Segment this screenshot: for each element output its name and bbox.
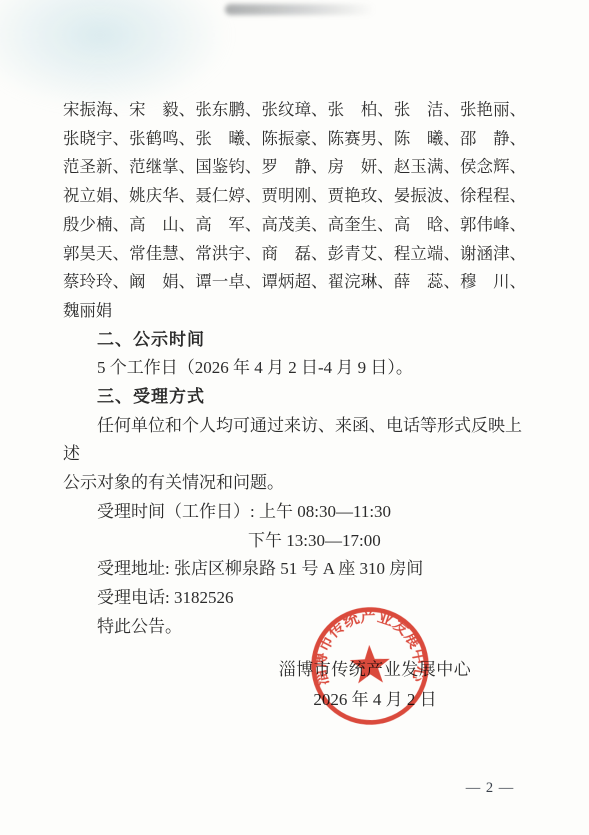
name-list-line: 范圣新、范继掌、国鉴钧、罗 静、房 妍、赵玉满、侯念辉、	[63, 153, 526, 182]
section-heading-acceptance-method: 三、受理方式	[63, 383, 526, 412]
page-number: — 2 —	[430, 780, 550, 797]
name-list-line: 蔡玲玲、阚 娟、谭一卓、谭炳超、翟浣琳、薛 蕊、穆 川、	[63, 268, 526, 297]
document-body: 宋振海、宋 毅、张东鹏、张纹璋、张 柏、张 洁、张艳丽、 张晓宇、张鹤鸣、张 曦…	[63, 96, 526, 641]
signature-organization: 淄博市传统产业发展中心	[225, 656, 525, 684]
acceptance-intro-line1: 任何单位和个人均可通过来访、来函、电话等形式反映上述	[63, 412, 526, 469]
acceptance-time-afternoon: 下午 13:30—17:00	[248, 527, 526, 556]
name-list-line: 张晓宇、张鹤鸣、张 曦、陈振豪、陈赛男、陈 曦、邵 静、	[63, 125, 526, 154]
name-list-line: 郭昊天、常佳慧、常洪宇、商 磊、彭青艾、程立端、谢涵津、	[63, 240, 526, 269]
name-list-line: 祝立娟、姚庆华、聂仁婷、贾明刚、贾艳玫、晏振波、徐程程、	[63, 182, 526, 211]
scan-artifact-smudge	[225, 4, 375, 15]
acceptance-intro-line2: 公示对象的有关情况和问题。	[63, 469, 526, 498]
acceptance-address-line: 受理地址: 张店区柳泉路 51 号 A 座 310 房间	[63, 555, 526, 584]
announcement-page: 宋振海、宋 毅、张东鹏、张纹璋、张 柏、张 洁、张艳丽、 张晓宇、张鹤鸣、张 曦…	[0, 0, 589, 835]
name-list-line: 宋振海、宋 毅、张东鹏、张纹璋、张 柏、张 洁、张艳丽、	[63, 96, 526, 125]
section-heading-public-notice-time: 二、公示时间	[63, 326, 526, 355]
signature-date: 2026 年 4 月 2 日	[225, 686, 525, 714]
closing-line: 特此公告。	[63, 613, 526, 642]
name-list-line: 魏丽娟	[63, 297, 526, 326]
acceptance-time-line: 受理时间（工作日）: 上午 08:30—11:30	[63, 498, 526, 527]
notice-period-text: 5 个工作日（2026 年 4 月 2 日-4 月 9 日）。	[63, 354, 526, 383]
acceptance-phone-line: 受理电话: 3182526	[63, 584, 526, 613]
name-list-line: 殷少楠、高 山、高 军、高茂美、高奎生、高 晗、郭伟峰、	[63, 211, 526, 240]
scan-artifact-corner	[0, 0, 230, 110]
